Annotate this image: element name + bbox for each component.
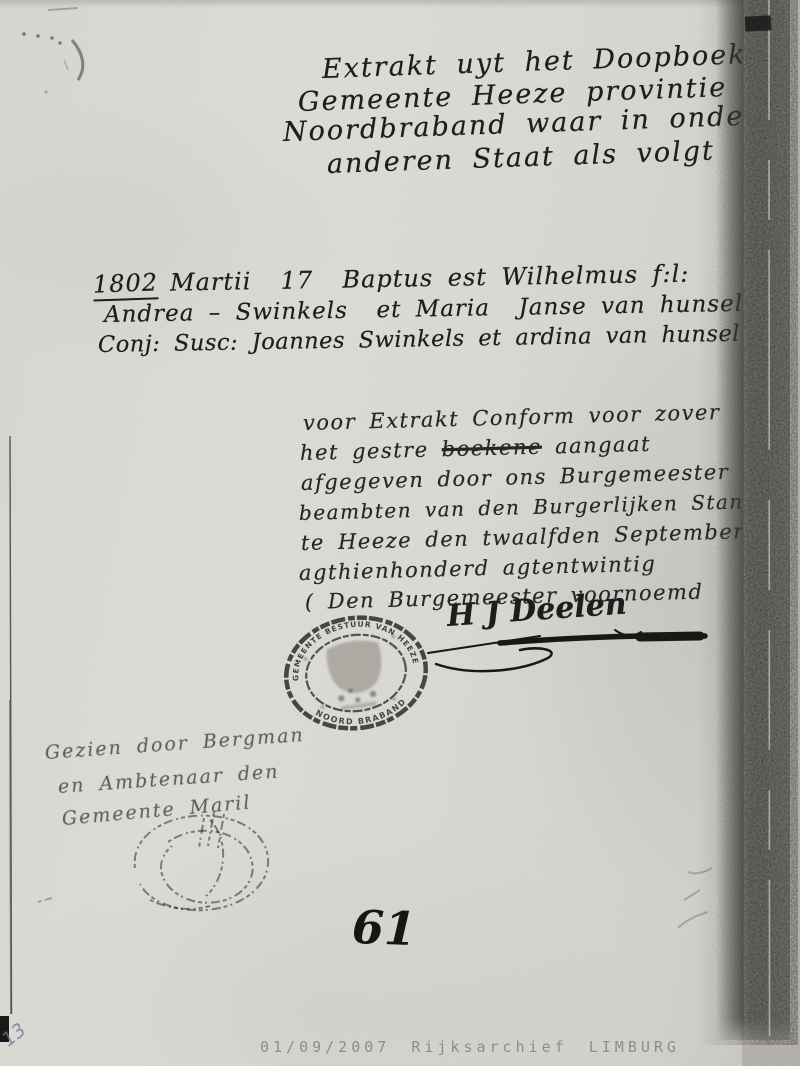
certification-line-1: voor Extrakt Conform voor zover bbox=[303, 400, 721, 435]
municipal-stamp: GEMEENTE BESTUUR VAN HEEZE NOORD BRABAND bbox=[278, 612, 434, 734]
certification-line-6: agthienhonderd agtentwintig bbox=[299, 552, 657, 585]
top-left-marks bbox=[23, 8, 83, 93]
certification-line-2-pre: het gestre bbox=[300, 437, 442, 465]
archive-footer-caption: 01/09/2007 Rijksarchief LIMBURG bbox=[260, 1038, 680, 1056]
signature-flourish bbox=[428, 630, 705, 671]
certification-line-2-post: aangaat bbox=[542, 432, 652, 459]
certification-line-5: te Heeze den twaalfden September bbox=[301, 519, 745, 555]
record-line-1-text: Martii 17 Baptus est Wilhelmus f:l: bbox=[170, 260, 690, 297]
stamp-body: GEMEENTE BESTUUR VAN HEEZE NOORD BRABAND bbox=[279, 612, 433, 734]
certification-line-3: afgegeven door ons Burgemeester bbox=[301, 460, 730, 495]
registration-line-3: Gemeente Maril bbox=[61, 791, 252, 829]
scanned-document-page: Extrakt uyt het Doopboek der Gemeente He… bbox=[0, 0, 800, 1066]
film-edge-streaks bbox=[678, 868, 712, 928]
certification-line-4: beambten van den Burgerlijken Stand bbox=[299, 489, 759, 525]
film-band-light-edge bbox=[742, 0, 800, 1066]
film-notch-mark bbox=[745, 15, 772, 31]
left-crease-line bbox=[10, 436, 12, 1014]
top-edge-shadow bbox=[0, 0, 800, 8]
registration-line-1: Gezien door Bergman bbox=[44, 724, 305, 764]
record-year: 1802 bbox=[92, 268, 158, 301]
certification-struck-word: boekene bbox=[441, 435, 542, 462]
stamp-crest-smudge bbox=[302, 635, 403, 715]
film-scratch-line bbox=[769, 0, 770, 1036]
certification-line-2: het gestre boekene aangaat bbox=[300, 432, 652, 465]
page-number: 61 bbox=[351, 900, 417, 956]
film-band-grain-light bbox=[746, 4, 788, 1034]
